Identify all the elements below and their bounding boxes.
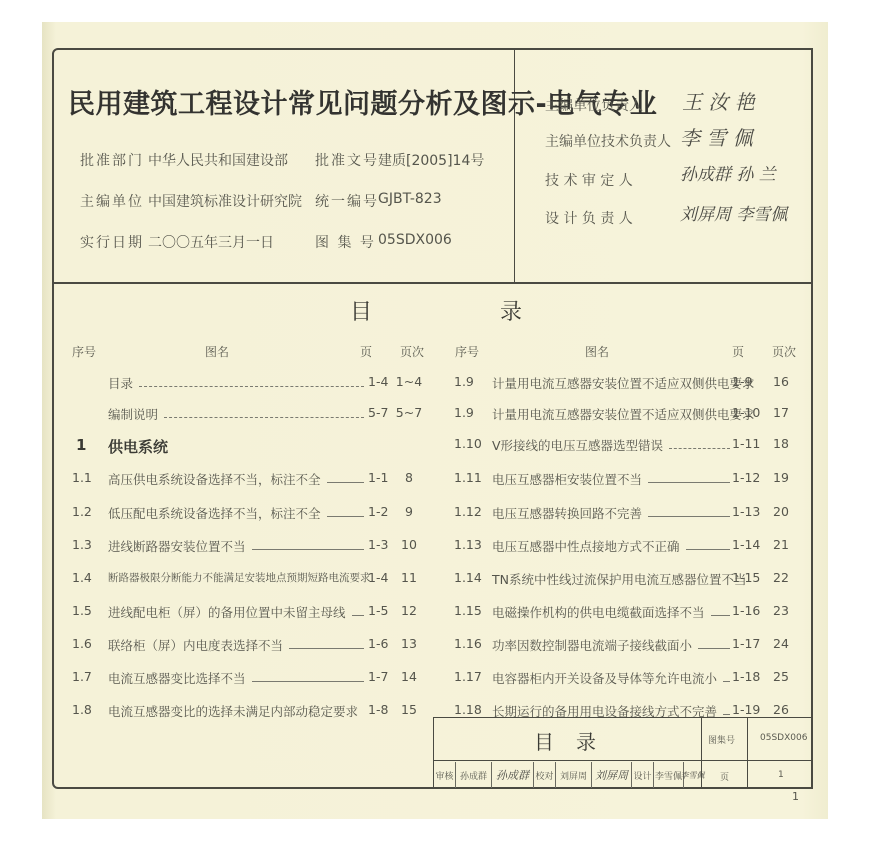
approval-dept-label: 批准部门 [80, 150, 144, 170]
toc-entry-page-no: 9 [394, 504, 424, 519]
leader-line [139, 379, 364, 387]
toc-entry-page-no: 1~4 [394, 374, 424, 389]
page-number: 1 [792, 790, 799, 803]
toc-row[interactable]: 1.1 高压供电系统设备选择不当，标注不全 1-1 8 [72, 470, 432, 492]
signature: 王 汝 艳 [682, 86, 755, 115]
col-page: 页 [732, 343, 744, 360]
toc-row[interactable]: 1.11 电压互感器柜安装位置不当 1-12 19 [454, 470, 804, 492]
toc-row[interactable]: 1.12 电压互感器转换回路不完善 1-13 20 [454, 504, 804, 526]
approval-no-label: 批准文号 [315, 150, 379, 170]
toc-entry-page: 1-7 [368, 669, 388, 684]
leader-line [164, 410, 364, 418]
toc-entry-page: 1-4 [368, 570, 388, 585]
toc-entry-page-no: 21 [766, 537, 796, 552]
toc-heading-left: 目 [350, 295, 372, 326]
col-page-no: 页次 [772, 343, 796, 360]
toc-entry-page: 1-3 [368, 537, 388, 552]
leader-line [648, 509, 730, 517]
toc-entry-name: 编制说明 [108, 405, 158, 423]
toc-entry-name: TN系统中性线过流保护用电流互感器位置不当 [492, 570, 747, 588]
toc-entry-name: 进线断路器安装位置不当 [108, 537, 246, 555]
leader-line [711, 608, 730, 616]
col-page: 页 [360, 343, 372, 360]
toc-row[interactable]: 1.3 进线断路器安装位置不当 1-3 10 [72, 537, 432, 559]
toc-entry-name: 电压互感器转换回路不完善 [492, 504, 642, 522]
toc-entry-page-no: 19 [766, 470, 796, 485]
toc-row[interactable]: 1.16 功率因数控制器电流端子接线截面小 1-17 24 [454, 636, 804, 658]
leader-line [327, 475, 364, 483]
toc-entry-page-no: 8 [394, 470, 424, 485]
designer-signature: 李雪佩 [684, 762, 701, 788]
effective-date-value: 二〇〇五年三月一日 [148, 232, 274, 252]
editor-unit-value: 中国建筑标准设计研究院 [148, 191, 302, 211]
toc-entry-name: 低压配电系统设备选择不当，标注不全 [108, 504, 321, 522]
leader-line [352, 608, 364, 616]
title-block-title: 目录 [534, 726, 618, 755]
responsible-role: 设 计 负 责 人 [545, 208, 633, 228]
toc-entry-name: 联络柜（屏）内电度表选择不当 [108, 636, 283, 654]
toc-row[interactable]: 1.5 进线配电柜（屏）的备用位置中未留主母线 1-5 12 [72, 603, 432, 625]
leader-line [252, 542, 364, 550]
unified-no-label: 统一编号 [315, 191, 379, 211]
toc-entry-name: 高压供电系统设备选择不当，标注不全 [108, 470, 321, 488]
toc-entry-page-no: 12 [394, 603, 424, 618]
toc-entry-name: 电容器柜内开关设备及导体等允许电流小 [492, 669, 717, 687]
toc-entry-name: 计量用电流互感器安装位置不适应双侧供电要求 [492, 374, 755, 392]
toc-entry-name: 电磁操作机构的供电电缆截面选择不当 [492, 603, 705, 621]
toc-row[interactable]: 编制说明 5-7 5~7 [72, 405, 432, 427]
toc-entry-page-no: 14 [394, 669, 424, 684]
toc-row[interactable]: 1.9 计量用电流互感器安装位置不适应双侧供电要求 1-10 17 [454, 405, 804, 427]
col-seq: 序号 [455, 343, 479, 360]
toc-entry-name: 进线配电柜（屏）的备用位置中未留主母线 [108, 603, 346, 621]
toc-entry-name: 断路器极限分断能力不能满足安装地点预期短路电流要求 [108, 570, 371, 585]
responsible-role: 主编单位技术负责人 [545, 131, 671, 151]
proofreader-signature: 刘屏周 [592, 762, 632, 788]
toc-entry-page: 1-14 [732, 537, 760, 552]
toc-entry-page: 1-13 [732, 504, 760, 519]
leader-line [723, 707, 730, 715]
col-page-no: 页次 [400, 343, 424, 360]
toc-row[interactable]: 1.4 断路器极限分断能力不能满足安装地点预期短路电流要求 1-4 11 [72, 570, 432, 592]
toc-entry-page: 1-9 [732, 374, 752, 389]
reviewer-signature: 孙成群 [492, 762, 534, 788]
leader-line [698, 641, 730, 649]
leader-line [327, 509, 364, 517]
toc-row[interactable]: 1.7 电流互感器变比选择不当 1-7 14 [72, 669, 432, 691]
toc-row[interactable]: 目录 1-4 1~4 [72, 374, 432, 396]
signature: 孙成群 孙 兰 [680, 160, 776, 185]
leader-line [648, 475, 730, 483]
toc-entry-page: 1-18 [732, 669, 760, 684]
leader-line [723, 674, 730, 682]
proofreader-name: 刘屏周 [556, 762, 592, 788]
signature: 刘屏周 李雪佩 [680, 200, 787, 225]
toc-entry-name: 电流互感器变比选择不当 [108, 669, 246, 687]
toc-row[interactable]: 1.15 电磁操作机构的供电电缆截面选择不当 1-16 23 [454, 603, 804, 625]
toc-entry-page: 5-7 [368, 405, 388, 420]
leader-line [252, 674, 364, 682]
signature: 李 雪 佩 [680, 122, 753, 151]
responsible-role: 主编单位负责人 [545, 95, 643, 115]
toc-entry-page: 1-12 [732, 470, 760, 485]
toc-section-row[interactable]: 1 供电系统 [76, 436, 436, 458]
toc-entry-page: 1-10 [732, 405, 760, 420]
toc-row[interactable]: 1.14 TN系统中性线过流保护用电流互感器位置不当 1-15 22 [454, 570, 804, 592]
toc-entry-name: 目录 [108, 374, 133, 392]
toc-row[interactable]: 1.9 计量用电流互感器安装位置不适应双侧供电要求 1-9 16 [454, 374, 804, 396]
leader-line [669, 441, 730, 449]
toc-entry-page-no: 13 [394, 636, 424, 651]
proofread-label: 校对 [534, 762, 556, 788]
toc-entry-page-no: 18 [766, 436, 796, 451]
design-label: 设计 [632, 762, 654, 788]
toc-entry-name: 电压互感器中性点接地方式不正确 [492, 537, 680, 555]
unified-no-value: GJBT-823 [378, 191, 442, 207]
toc-entry-name: 电流互感器变比的选择未满足内部动稳定要求 [108, 702, 358, 720]
toc-entry-name: 功率因数控制器电流端子接线截面小 [492, 636, 692, 654]
effective-date-label: 实行日期 [80, 232, 144, 252]
atlas-no-value: 05SDX006 [760, 733, 807, 743]
toc-entry-page: 1-11 [732, 436, 760, 451]
toc-entry-page: 1-17 [732, 636, 760, 651]
col-name: 图名 [585, 343, 609, 360]
toc-entry-page: 1-19 [732, 702, 760, 717]
toc-row[interactable]: 1.6 联络柜（屏）内电度表选择不当 1-6 13 [72, 636, 432, 658]
toc-entry-name: V形接线的电压互感器选型错误 [492, 436, 663, 454]
toc-row[interactable]: 1.2 低压配电系统设备选择不当，标注不全 1-2 9 [72, 504, 432, 526]
leader-line [686, 542, 730, 550]
toc-entry-page: 1-2 [368, 504, 388, 519]
toc-entry-page: 1-1 [368, 470, 388, 485]
toc-entry-page-no: 24 [766, 636, 796, 651]
toc-heading-right: 录 [500, 295, 522, 326]
toc-entry-page-no: 16 [766, 374, 796, 389]
atlas-no-label: 图 集 号 [315, 232, 376, 252]
designer-name: 李雪佩 [654, 762, 684, 788]
toc-entry-page-no: 15 [394, 702, 424, 717]
review-label: 审核 [434, 762, 456, 788]
toc-entry-page-no: 25 [766, 669, 796, 684]
approval-dept-value: 中华人民共和国建设部 [148, 150, 288, 170]
atlas-no-value: 05SDX006 [378, 232, 452, 248]
title-block: 目录 图集号 05SDX006 页 1 审核 孙成群 孙成群 校对 刘屏周 刘屏… [433, 717, 813, 789]
approval-no-value: 建质[2005]14号 [378, 150, 484, 170]
toc-entry-page: 1-8 [368, 702, 388, 717]
toc-entry-page-no: 20 [766, 504, 796, 519]
toc-entry-page: 1-15 [732, 570, 760, 585]
toc-section-name: 供电系统 [108, 436, 168, 457]
responsible-role: 技 术 审 定 人 [545, 170, 633, 190]
editor-unit-label: 主编单位 [80, 191, 144, 211]
toc-entry-page: 1-5 [368, 603, 388, 618]
toc-row[interactable]: 1.8 电流互感器变比的选择未满足内部动稳定要求 1-8 15 [72, 702, 432, 724]
toc-entry-page-no: 10 [394, 537, 424, 552]
page-label: 页 [720, 770, 729, 783]
toc-entry-page-no: 5~7 [394, 405, 424, 420]
toc-row[interactable]: 1.17 电容器柜内开关设备及导体等允许电流小 1-18 25 [454, 669, 804, 691]
toc-entry-page: 1-16 [732, 603, 760, 618]
toc-row[interactable]: 1.10 V形接线的电压互感器选型错误 1-11 18 [454, 436, 804, 458]
atlas-no-label: 图集号 [708, 733, 735, 746]
toc-entry-page: 1-6 [368, 636, 388, 651]
header-divider [52, 282, 813, 284]
toc-entry-page-no: 17 [766, 405, 796, 420]
toc-entry-name: 电压互感器柜安装位置不当 [492, 470, 642, 488]
page-value: 1 [778, 770, 784, 780]
reviewer-name: 孙成群 [456, 762, 492, 788]
leader-line [289, 641, 364, 649]
col-seq: 序号 [72, 343, 96, 360]
col-name: 图名 [205, 343, 229, 360]
toc-entry-page: 1-4 [368, 374, 388, 389]
toc-entry-page-no: 23 [766, 603, 796, 618]
toc-entry-page-no: 26 [766, 702, 796, 717]
title-block-divider [434, 760, 813, 761]
toc-entry-name: 计量用电流互感器安装位置不适应双侧供电要求 [492, 405, 755, 423]
toc-entry-page-no: 22 [766, 570, 796, 585]
title-block-divider [747, 718, 748, 788]
toc-row[interactable]: 1.13 电压互感器中性点接地方式不正确 1-14 21 [454, 537, 804, 559]
toc-entry-page-no: 11 [394, 570, 424, 585]
